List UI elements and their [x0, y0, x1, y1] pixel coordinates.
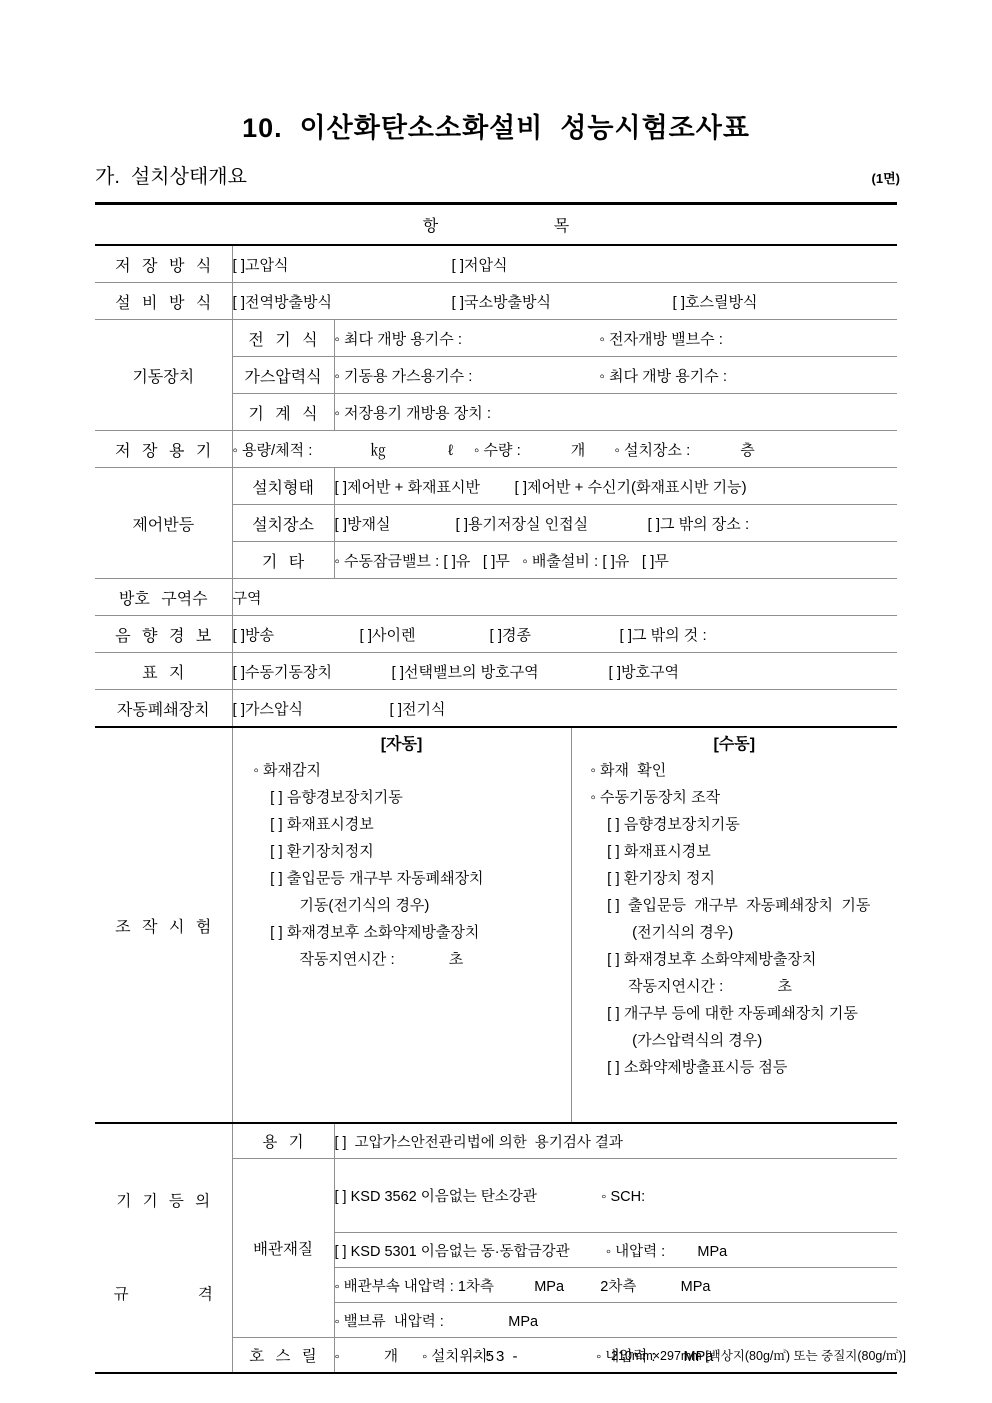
- checkbox-option-manual-actuator: [ ]수동기동장치: [233, 661, 392, 682]
- checkbox-option-disaster-room: [ ]방재실: [335, 513, 456, 534]
- checkbox-option-broadcast: [ ]방송: [233, 624, 360, 645]
- row-label-sound-alarm: 음 향 경 보: [95, 616, 232, 653]
- checkbox-option-other-place: [ ]그 밖의 장소 :: [648, 513, 750, 534]
- checklist-item: [ ] 화재경보후 소화약제방출장치: [572, 946, 898, 973]
- row-label-system-method: 설 비 방 식: [95, 283, 232, 320]
- sublabel-gas-pressure-type: 가스압력식: [232, 357, 334, 394]
- checkbox-option-hose-reel: [ ]호스릴방식: [673, 291, 758, 312]
- pipe-fitting-pressure: ◦ 배관부속 내압력 : 1차측 MPa 2차측 MPa: [334, 1268, 897, 1303]
- checklist-item: [ ] 개구부 등에 대한 자동폐쇄장치 기동: [572, 1000, 898, 1027]
- installation-status-table: 항 목 저 장 방 식 [ ]고압식[ ]저압식 설 비 방 식 [ ]전역방출…: [95, 202, 897, 1374]
- operation-test-manual-column: [수동] ◦ 화재 확인 ◦ 수동기동장치 조작 [ ] 음향경보장치기동 [ …: [571, 728, 898, 1122]
- checkbox-option-panel-receiver: [ ]제어반 + 수신기(화재표시반 기능): [515, 476, 747, 497]
- footer-paper-spec: 210mm×297mm [백상지(80g/㎡) 또는 중질지(80g/㎡)]: [611, 1346, 906, 1364]
- row-control-install-type: 제어반등 설치형태 [ ]제어반 + 화재표시반[ ]제어반 + 수신기(화재표…: [95, 468, 897, 505]
- row-storage-method: 저 장 방 식 [ ]고압식[ ]저압식: [95, 245, 897, 283]
- system-method-options: [ ]전역방출방식[ ]국소방출방식[ ]호스릴방식: [232, 283, 897, 320]
- operation-test-auto-column: [자동] ◦ 화재감지 [ ] 음향경보장치기동 [ ] 화재표시경보 [ ] …: [233, 728, 571, 1122]
- row-zone-count: 방호 구역수 구역: [95, 579, 897, 616]
- checklist-item: ◦ 화재 확인: [572, 757, 898, 784]
- checkbox-option-panel-display: [ ]제어반 + 화재표시반: [335, 476, 515, 497]
- page-marker: (1면): [872, 168, 900, 189]
- checkbox-option-selector-valve-zone: [ ]선택밸브의 방호구역: [392, 661, 609, 682]
- row-sign: 표 지 [ ]수동기동장치[ ]선택밸브의 방호구역[ ]방호구역: [95, 653, 897, 690]
- checklist-item: [ ] 출입문등 개구부 자동폐쇄장치 기동: [572, 892, 898, 919]
- checklist-item: [ ] 출입문등 개구부 자동폐쇄장치: [233, 865, 571, 892]
- checkbox-option-high-pressure: [ ]고압식: [233, 254, 452, 275]
- row-label-actuator: 기동장치: [95, 320, 232, 431]
- checklist-item: [ ] 화재표시경보: [572, 838, 898, 865]
- row-system-method: 설 비 방 식 [ ]전역방출방식[ ]국소방출방식[ ]호스릴방식: [95, 283, 897, 320]
- field-solenoid-valves: ◦ 전자개방 밸브수 :: [600, 328, 723, 349]
- checkbox-option-low-pressure: [ ]저압식: [452, 254, 508, 275]
- row-label-control-panel: 제어반등: [95, 468, 232, 579]
- etc-fields: ◦ 수동잠금밸브 : [ ]유 [ ]무 ◦ 배출설비 : [ ]유 [ ]무: [334, 542, 897, 579]
- checklist-item: [ ] 환기장치 정지: [572, 865, 898, 892]
- storage-container-fields: ◦ 용량/체적 : ㎏ ℓ ◦ 수량 : 개 ◦ 설치장소 : 층: [232, 431, 897, 468]
- row-operation-test: 조 작 시 험 [자동] ◦ 화재감지 [ ] 음향경보장치기동 [ ] 화재표…: [95, 727, 897, 1123]
- gas-pressure-fields: ◦ 기동용 가스용기수 :◦ 최다 개방 용기수 :: [334, 357, 897, 394]
- checklist-item: [ ] 소화약제방출표시등 점등: [572, 1054, 898, 1081]
- checkbox-option-total-flooding: [ ]전역방출방식: [233, 291, 452, 312]
- row-sound-alarm: 음 향 경 보 [ ]방송[ ]사이렌[ ]경종[ ]그 밖의 것 :: [95, 616, 897, 653]
- checkbox-option-siren: [ ]사이렌: [360, 624, 490, 645]
- row-label-sign: 표 지: [95, 653, 232, 690]
- zone-count-field: 구역: [232, 579, 897, 616]
- sublabel-mechanical-type: 기 계 식: [232, 394, 334, 431]
- row-equipment-container: 기 기 등 의 규 격 용 기 [ ] 고압가스안전관리법에 의한 용기검사 결…: [95, 1123, 897, 1159]
- row-label-zone-count: 방호 구역수: [95, 579, 232, 616]
- checklist-item: [ ] 음향경보장치기동: [572, 811, 898, 838]
- sublabel-electric-type: 전 기 식: [232, 320, 334, 357]
- page-title: 10. 이산화탄소소화설비 성능시험조사표: [0, 0, 992, 145]
- equipment-spec-label-line2: 규 격: [95, 1279, 232, 1310]
- checkbox-option-gas-pressure: [ ]가스압식: [233, 698, 390, 719]
- operation-test-cell: [자동] ◦ 화재감지 [ ] 음향경보장치기동 [ ] 화재표시경보 [ ] …: [232, 727, 897, 1123]
- pipe-material-ksd3562: [ ] KSD 3562 이음없는 탄소강관 ◦ SCH:: [334, 1159, 897, 1233]
- equipment-spec-label-line1: 기 기 등 의: [95, 1186, 232, 1217]
- row-label-operation-test: 조 작 시 험: [95, 727, 232, 1123]
- checkbox-option-adjacent-room: [ ]용기저장실 인접실: [456, 513, 648, 534]
- field-max-open-containers: ◦ 최다 개방 용기수 :: [600, 365, 728, 386]
- field-max-open-containers: ◦ 최다 개방 용기수 :: [335, 328, 600, 349]
- checkbox-option-local-application: [ ]국소방출방식: [452, 291, 673, 312]
- field-trigger-gas-containers: ◦ 기동용 가스용기수 :: [335, 365, 600, 386]
- install-type-options: [ ]제어반 + 화재표시반[ ]제어반 + 수신기(화재표시반 기능): [334, 468, 897, 505]
- checklist-item: 작동지연시간 : 초: [233, 946, 571, 973]
- checklist-item: [ ] 화재표시경보: [233, 811, 571, 838]
- manual-column-header: [수동]: [572, 733, 898, 757]
- row-label-storage-container: 저 장 용 기: [95, 431, 232, 468]
- checklist-item: 기동(전기식의 경우): [233, 892, 571, 919]
- checkbox-option-protection-zone: [ ]방호구역: [609, 661, 679, 682]
- sublabel-container: 용 기: [232, 1123, 334, 1159]
- sublabel-etc: 기 타: [232, 542, 334, 579]
- row-label-equipment-spec: 기 기 등 의 규 격: [95, 1123, 232, 1373]
- checklist-item: (가스압력식의 경우): [572, 1027, 898, 1054]
- pipe-material-ksd5301: [ ] KSD 5301 이음없는 동·동합금강관 ◦ 내압력 : MPa: [334, 1233, 897, 1268]
- checkbox-option-other: [ ]그 밖의 것 :: [620, 624, 707, 645]
- table-header-row: 항 목: [95, 204, 897, 246]
- sublabel-install-type: 설치형태: [232, 468, 334, 505]
- row-label-storage-method: 저 장 방 식: [95, 245, 232, 283]
- section-heading: 가. 설치상태개요: [95, 160, 247, 189]
- checkbox-option-electric: [ ]전기식: [390, 698, 446, 719]
- sublabel-pipe-material: 배관재질: [232, 1159, 334, 1338]
- electric-type-fields: ◦ 최다 개방 용기수 :◦ 전자개방 밸브수 :: [334, 320, 897, 357]
- container-inspection-field: [ ] 고압가스안전관리법에 의한 용기검사 결과: [334, 1123, 897, 1159]
- sign-options: [ ]수동기동장치[ ]선택밸브의 방호구역[ ]방호구역: [232, 653, 897, 690]
- checklist-item: ◦ 수동기동장치 조작: [572, 784, 898, 811]
- row-storage-container: 저 장 용 기 ◦ 용량/체적 : ㎏ ℓ ◦ 수량 : 개 ◦ 설치장소 : …: [95, 431, 897, 468]
- checklist-item: [ ] 환기장치정지: [233, 838, 571, 865]
- auto-close-options: [ ]가스압식[ ]전기식: [232, 690, 897, 728]
- install-place-options: [ ]방재실[ ]용기저장실 인접실[ ]그 밖의 장소 :: [334, 505, 897, 542]
- checklist-item: 작동지연시간 : 초: [572, 973, 898, 1000]
- row-auto-close: 자동폐쇄장치 [ ]가스압식[ ]전기식: [95, 690, 897, 728]
- checkbox-option-bell: [ ]경종: [490, 624, 620, 645]
- checklist-item: [ ] 화재경보후 소화약제방출장치: [233, 919, 571, 946]
- sound-alarm-options: [ ]방송[ ]사이렌[ ]경종[ ]그 밖의 것 :: [232, 616, 897, 653]
- checklist-item: ◦ 화재감지: [233, 757, 571, 784]
- table-header-cell: 항 목: [95, 204, 897, 246]
- auto-column-header: [자동]: [233, 733, 571, 757]
- row-actuator-electric: 기동장치 전 기 식 ◦ 최다 개방 용기수 :◦ 전자개방 밸브수 :: [95, 320, 897, 357]
- row-label-auto-close: 자동폐쇄장치: [95, 690, 232, 728]
- sublabel-install-place: 설치장소: [232, 505, 334, 542]
- checklist-item: [ ] 음향경보장치기동: [233, 784, 571, 811]
- field-container-opening-device: ◦ 저장용기 개방용 장치 :: [334, 394, 897, 431]
- checklist-item: (전기식의 경우): [572, 919, 898, 946]
- storage-method-options: [ ]고압식[ ]저압식: [232, 245, 897, 283]
- section-line: 가. 설치상태개요 (1면): [95, 160, 900, 189]
- valve-pressure: ◦ 밸브류 내압력 : MPa: [334, 1303, 897, 1338]
